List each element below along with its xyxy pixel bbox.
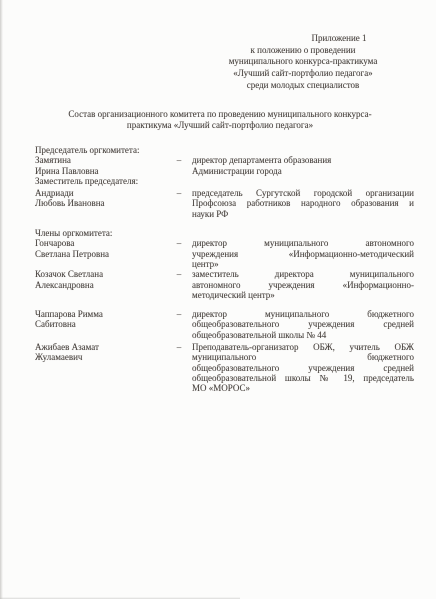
member-position-line: автономного учреждения «Информационно- [192, 280, 414, 290]
member-name: АндриадиЛюбовь Ивановна [35, 188, 166, 209]
dash-separator: – [166, 155, 192, 165]
scan-edge-left [0, 0, 3, 599]
committee-entry: Ажибаев АзаматЖуламаевич–Преподаватель-о… [35, 342, 414, 393]
row-spacer [35, 219, 414, 228]
member-position-line: методический центр» [192, 290, 414, 300]
member-position-line: общеобразовательного учреждения средней [192, 363, 414, 373]
appendix-header-line: муниципального конкурса-практикума [224, 56, 382, 68]
member-position-line: Преподаватель-организатор ОБЖ, учитель О… [192, 342, 414, 352]
appendix-header-line: к положению о проведении [224, 45, 382, 57]
member-name-line: Замятина [35, 155, 166, 165]
member-position-line: директор муниципального автономного [192, 238, 414, 248]
appendix-header-line: среди молодых специалистов [224, 80, 382, 92]
member-position-line: учреждения «Информационно-методический [192, 249, 414, 259]
committee-entry: АндриадиЛюбовь Ивановна–председатель Сур… [35, 188, 414, 219]
member-position-line: общеобразовательной школы № 19, председа… [192, 373, 414, 383]
member-name-line: Светлана Петровна [35, 249, 166, 259]
member-position-line: центр» [192, 259, 414, 269]
dash-separator: – [166, 238, 192, 248]
member-name-line: Андриади [35, 188, 166, 198]
dash-separator: – [166, 309, 192, 319]
committee-entry: Козачок СветланаАлександровна–заместител… [35, 269, 414, 300]
member-position-line: директор муниципального бюджетного [192, 309, 414, 319]
member-name-line: Сабитовна [35, 319, 166, 329]
document-title-line: Состав организационного комитета по пров… [28, 109, 412, 120]
role-heading: Председатель оргкомитета: [35, 145, 414, 155]
member-position-line: председатель Сургутской городской органи… [192, 188, 414, 198]
committee-entry: ГончароваСветлана Петровна–директор муни… [35, 238, 414, 269]
member-name-line: Ирина Павловна [35, 166, 166, 176]
member-name-line: Ажибаев Азамат [35, 342, 166, 352]
committee-roster: Председатель оргкомитета:ЗамятинаИрина П… [35, 145, 414, 394]
dash-separator: – [166, 188, 192, 198]
member-name-line: Александровна [35, 280, 166, 290]
member-position-line: заместитель директора муниципального [192, 269, 414, 279]
appendix-header: Приложение 1к положению о проведениимуни… [224, 33, 382, 92]
appendix-header-line: «Лучший сайт-портфолио педагога» [224, 68, 382, 80]
member-position: директор департамента образованияАдминис… [192, 155, 414, 176]
member-position-line: МО «МОРОС» [192, 383, 414, 393]
member-position-line: муниципального бюджетного [192, 352, 414, 362]
member-name: ЗамятинаИрина Павловна [35, 155, 166, 176]
member-position-line: Администрации города [192, 166, 414, 176]
member-name-line: Жуламаевич [35, 352, 166, 362]
member-name: Козачок СветланаАлександровна [35, 269, 166, 290]
member-name: Ажибаев АзаматЖуламаевич [35, 342, 166, 363]
member-name-line: Козачок Светлана [35, 269, 166, 279]
role-heading: Заместитель председателя: [35, 176, 414, 186]
committee-entry: Чаппарова РиммаСабитовна–директор муници… [35, 309, 414, 340]
row-spacer [35, 300, 414, 309]
member-name: ГончароваСветлана Петровна [35, 238, 166, 259]
dash-separator: – [166, 342, 192, 352]
member-position: председатель Сургутской городской органи… [192, 188, 414, 219]
member-position-line: директор департамента образования [192, 155, 414, 165]
scanned-document-page: Приложение 1к положению о проведениимуни… [0, 0, 436, 599]
member-position: заместитель директора муниципальногоавто… [192, 269, 414, 300]
member-position-line: Профсоюза работников народного образован… [192, 198, 414, 208]
document-title-line: практикума «Лучший сайт-портфолио педаго… [28, 120, 412, 131]
dash-separator: – [166, 269, 192, 279]
member-position: Преподаватель-организатор ОБЖ, учитель О… [192, 342, 414, 393]
member-position-line: общеобразовательной школы № 44 [192, 330, 414, 340]
document-title: Состав организационного комитета по пров… [28, 109, 412, 132]
member-name-line: Любовь Ивановна [35, 198, 166, 208]
member-name: Чаппарова РиммаСабитовна [35, 309, 166, 330]
member-name-line: Чаппарова Римма [35, 309, 166, 319]
member-position-line: науки РФ [192, 209, 414, 219]
member-position: директор муниципального автономногоучреж… [192, 238, 414, 269]
appendix-header-line: Приложение 1 [224, 33, 382, 45]
member-position: директор муниципального бюджетногообщеоб… [192, 309, 414, 340]
member-position-line: общеобразовательного учреждения средней [192, 319, 414, 329]
role-heading: Члены оргкомитета: [35, 228, 414, 238]
committee-entry: ЗамятинаИрина Павловна–директор департам… [35, 155, 414, 176]
member-name-line: Гончарова [35, 238, 166, 248]
